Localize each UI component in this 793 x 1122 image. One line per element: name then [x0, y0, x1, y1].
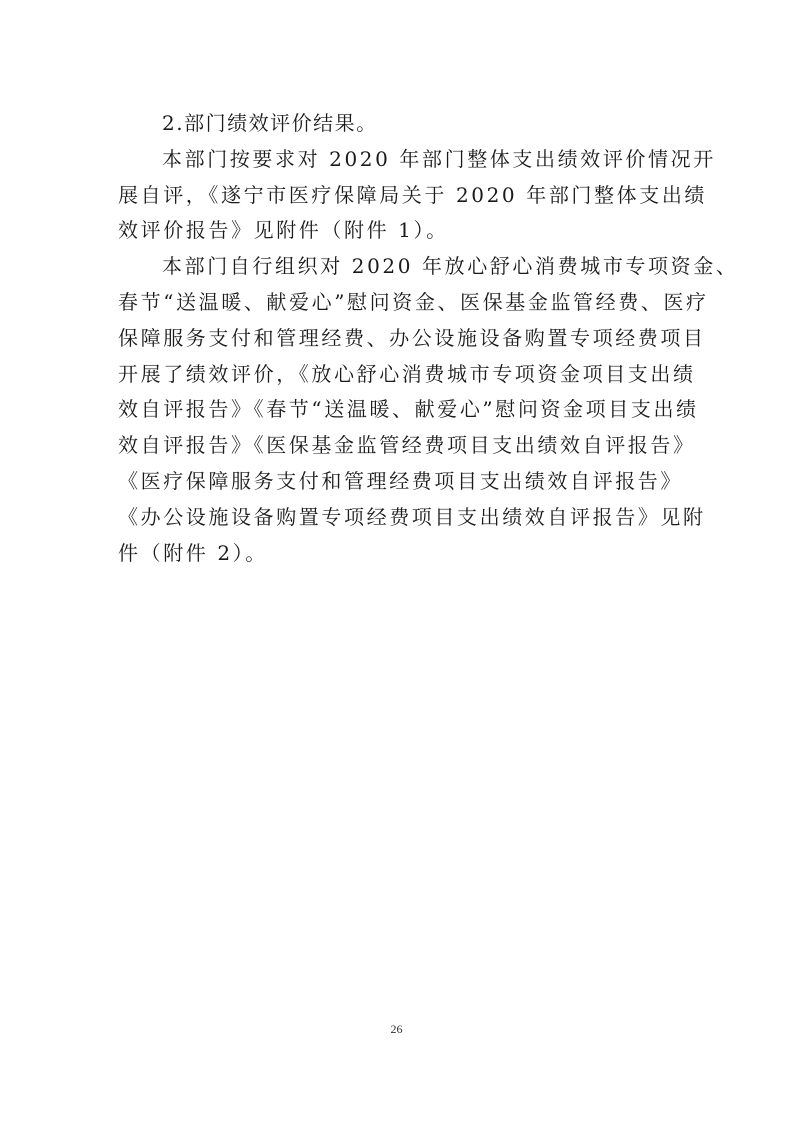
section-heading: 2.部门绩效评价结果。 [118, 106, 678, 142]
page-number: 26 [0, 1022, 793, 1037]
paragraph-line: 《医疗保障服务支付和管理经费项目支出绩效自评报告》 [118, 464, 678, 500]
document-page: 2.部门绩效评价结果。 本部门按要求对 2020 年部门整体支出绩效评价情况开 … [0, 0, 793, 1122]
paragraph-line: 本部门按要求对 2020 年部门整体支出绩效评价情况开 [118, 142, 678, 178]
paragraph-project-evaluation: 本部门自行组织对 2020 年放心舒心消费城市专项资金、 春节“送温暖、献爱心”… [118, 249, 678, 571]
paragraph-line: 效自评报告》《春节“送温暖、献爱心”慰问资金项目支出绩 [118, 392, 678, 428]
paragraph-line: 件（附件 2）。 [118, 536, 678, 572]
paragraph-line: 开展了绩效评价，《放心舒心消费城市专项资金项目支出绩 [118, 357, 678, 393]
paragraph-line: 春节“送温暖、献爱心”慰问资金、医保基金监管经费、医疗 [118, 285, 678, 321]
body-text: 2.部门绩效评价结果。 本部门按要求对 2020 年部门整体支出绩效评价情况开 … [118, 106, 678, 571]
paragraph-line: 本部门自行组织对 2020 年放心舒心消费城市专项资金、 [118, 249, 678, 285]
paragraph-line: 《办公设施设备购置专项经费项目支出绩效自评报告》见附 [118, 500, 678, 536]
paragraph-line: 效评价报告》见附件（附件 1）。 [118, 213, 678, 249]
paragraph-line: 展自评，《遂宁市医疗保障局关于 2020 年部门整体支出绩 [118, 178, 678, 214]
paragraph-line: 保障服务支付和管理经费、办公设施设备购置专项经费项目 [118, 321, 678, 357]
paragraph-self-evaluation: 本部门按要求对 2020 年部门整体支出绩效评价情况开 展自评，《遂宁市医疗保障… [118, 142, 678, 249]
paragraph-line: 效自评报告》《医保基金监管经费项目支出绩效自评报告》 [118, 428, 678, 464]
